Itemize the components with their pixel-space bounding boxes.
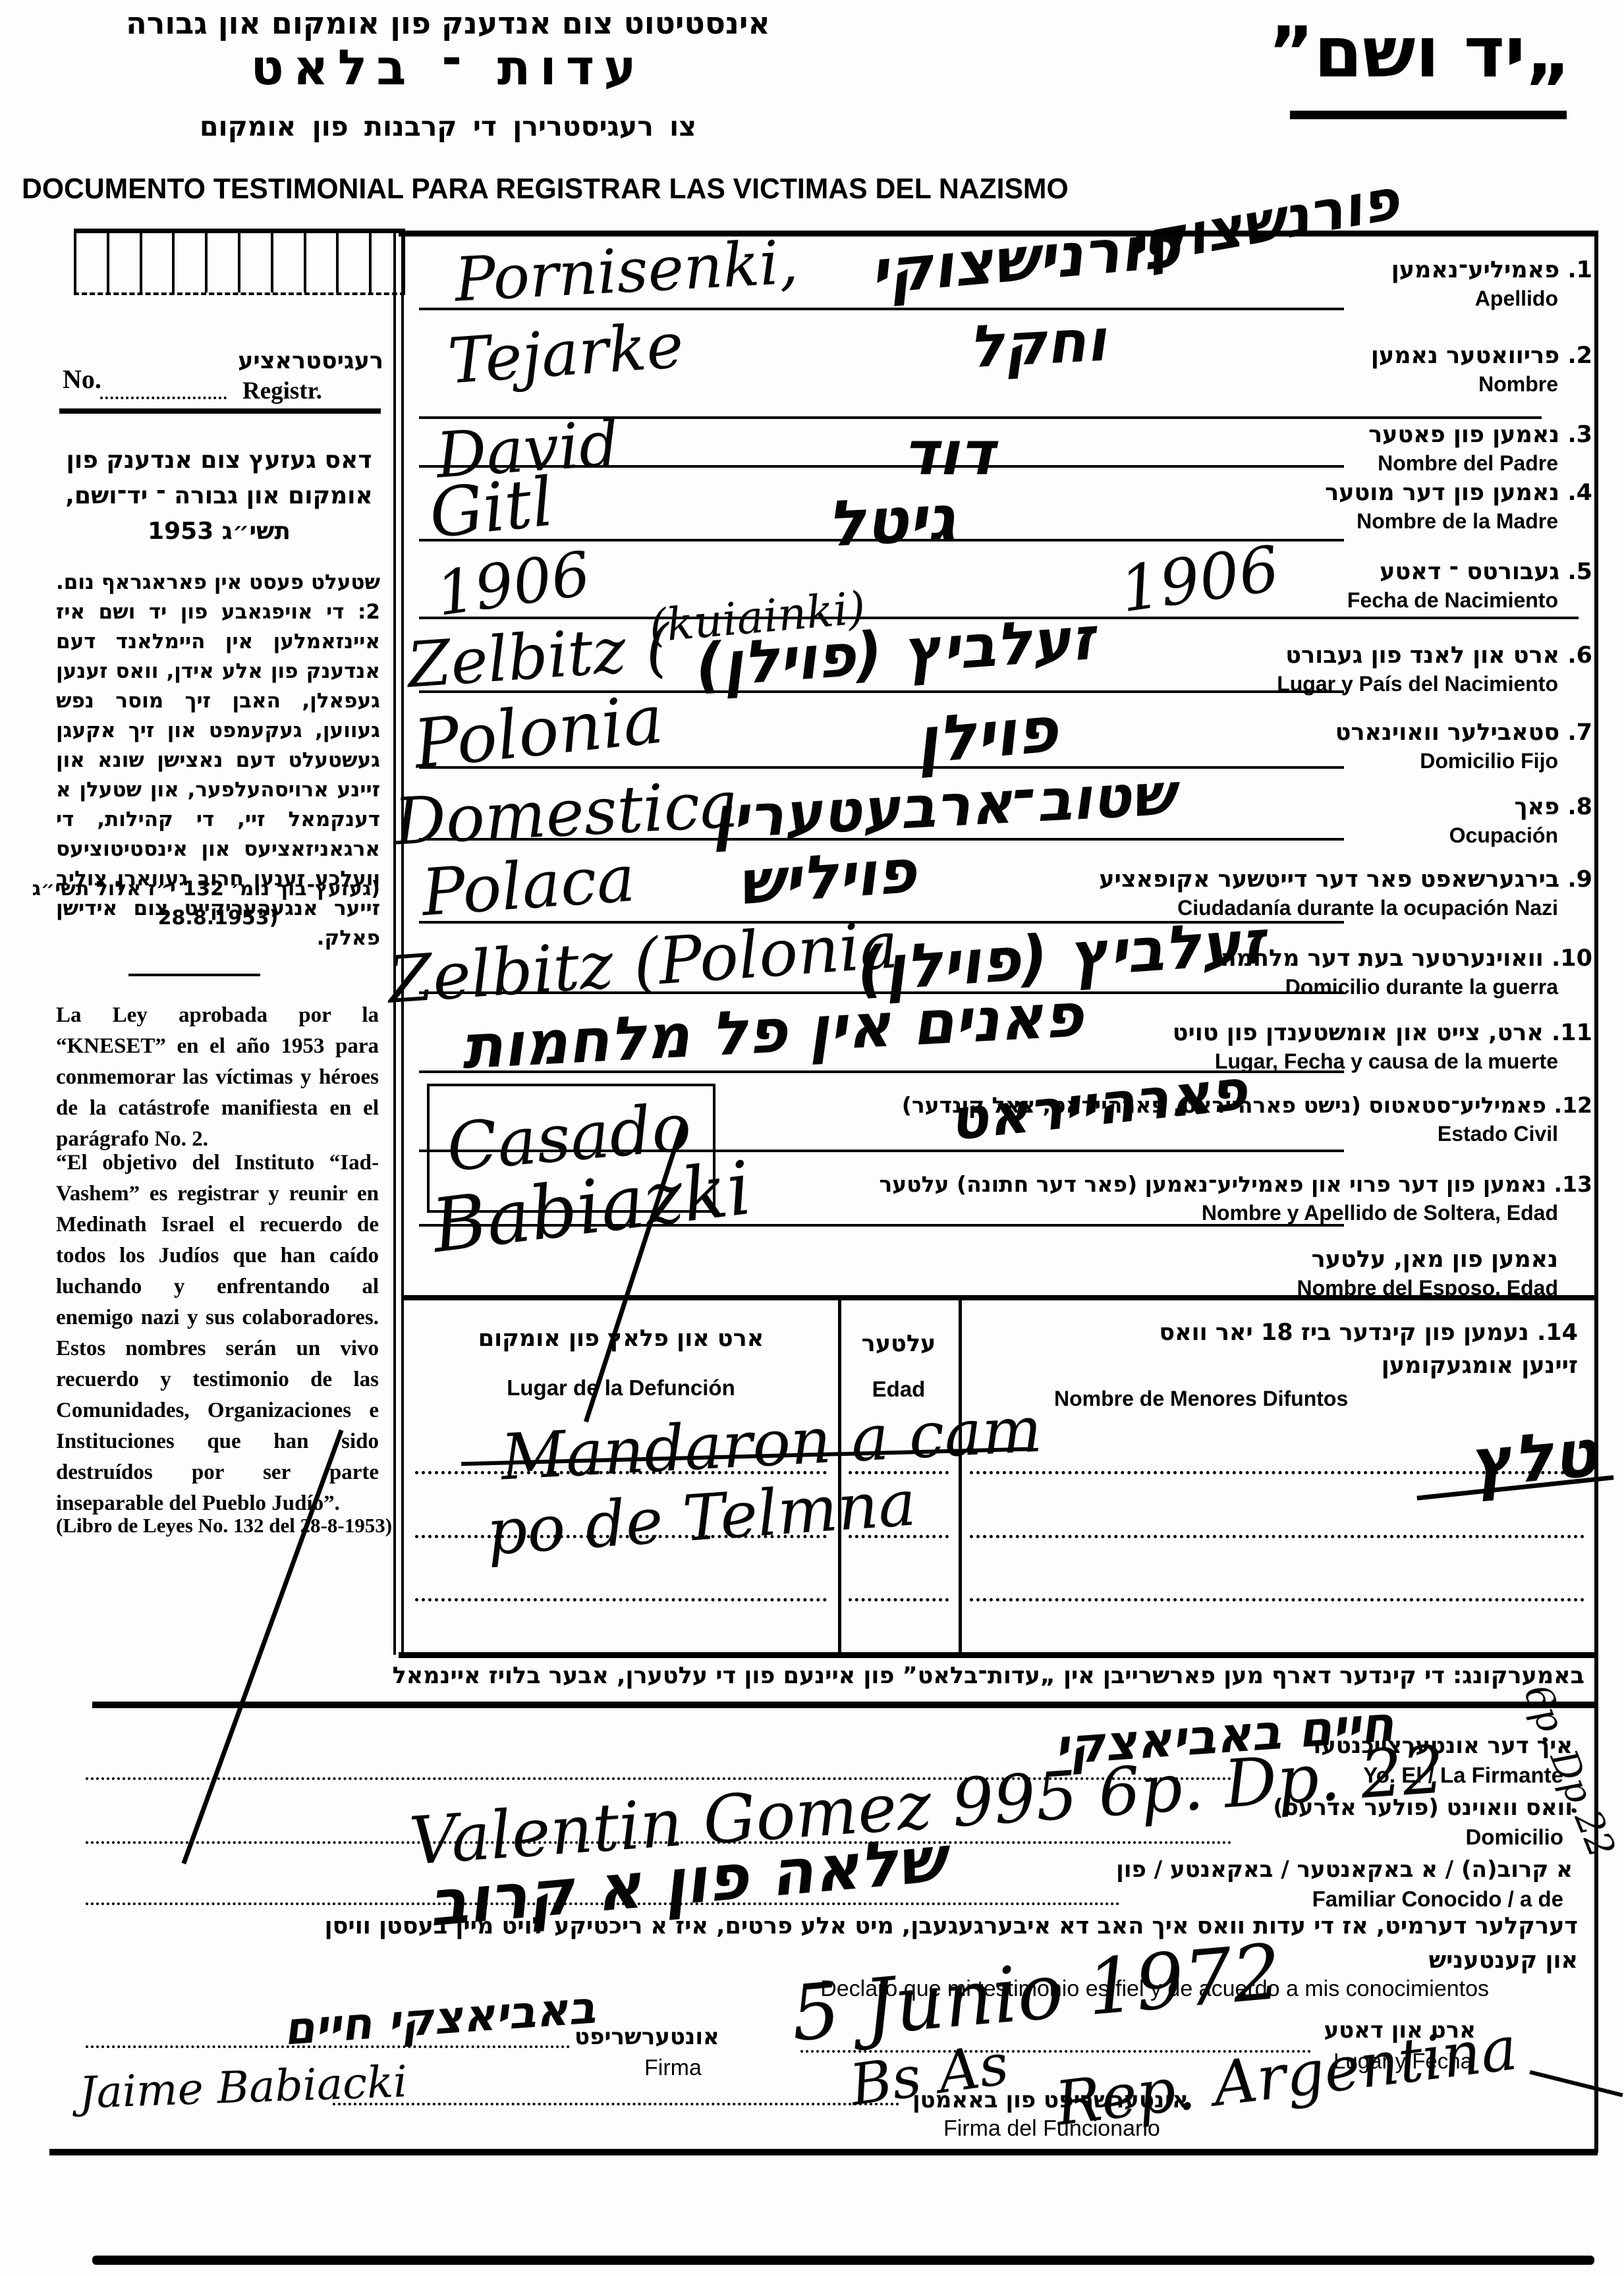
- registration-number-grid: [74, 229, 405, 295]
- field-12-label-es: Estado Civil: [1438, 1122, 1558, 1146]
- field-7-label: 7. סטאבילער וואוינארט: [1335, 719, 1592, 746]
- hw-ciudadania: Polaca: [419, 841, 637, 931]
- bottom-scan-smudge: [92, 2256, 1594, 2265]
- table-edad-header: עלטער: [849, 1331, 949, 1357]
- law-reference: (געזעץ־בוך נומ׳ 132 י״ז אלול תשי״ג (28.8…: [56, 875, 380, 933]
- remark-line: באמערקונג: די קינדער דארף מען פארשרייבן …: [393, 1663, 1584, 1689]
- familiar-label-es: Familiar Conocido / a de: [1312, 1887, 1563, 1912]
- field-1-label-es: Apellido: [1475, 287, 1558, 311]
- field-9-label: 9. בירגערשאפט פאר דער דייטשער אקופאציע: [1099, 866, 1592, 893]
- table-lugar-header-es: Lugar de la Defunción: [415, 1375, 827, 1401]
- hw-domicilio-fijo-he: פוילן: [913, 692, 1061, 778]
- field-8-label-es: Ocupación: [1449, 823, 1558, 848]
- lugar-fecha-label: ארט און דאטע: [1324, 2017, 1476, 2043]
- hw-apellido: Pornisenki,: [453, 227, 800, 315]
- lugar-fecha-label-es: Lugar y Fecha: [1333, 2049, 1472, 2074]
- main-box-right-border: [1594, 231, 1598, 2153]
- hw-signature-latin: Jaime Babiacki: [78, 2056, 408, 2118]
- no-label: No.: [63, 364, 101, 395]
- field-13-label: 13. נאמען פון דער פרוי און פאמיליע־נאמען…: [879, 1171, 1592, 1197]
- bottom-rule: [49, 2149, 1598, 2155]
- hw-fecha-2: 1906: [1116, 533, 1284, 627]
- spanish-paragraph-1: La Ley aprobada por la “KNESET” en el añ…: [56, 1000, 379, 1155]
- table-children-header-es: Nombre de Menores Difuntos: [1054, 1387, 1348, 1411]
- header-yiddish-line1: אינסטיטוט צום אנדענק פון אומקום און גבור…: [59, 5, 837, 41]
- field-2-label: 2. פריוואטער נאמען: [1371, 343, 1592, 369]
- field-6-label: 6. ארט און לאנד פון געבורט: [1285, 642, 1592, 669]
- table-lugar-header: ארט און פלאץ פון אומקום: [415, 1325, 827, 1352]
- hw-fecha-1: 1906: [432, 538, 595, 630]
- table-children-header: 14. נעמען פון קינדער ביז 18 יאר וואס זיי…: [972, 1316, 1578, 1382]
- declaration-he-1: דערקלער דערמיט, אז די עדות וואס איך האב …: [325, 1913, 1578, 1939]
- header-yiddish-line3: צו רעגיסטרירן די קרבנות פון אומקום: [59, 111, 837, 142]
- no-dotted-line: [100, 397, 227, 399]
- funcionario-dotted-line: [333, 2103, 899, 2105]
- field-5-label-es: Fecha de Nacimiento: [1347, 588, 1558, 613]
- scanned-testimony-form: אינסטיטוט צום אנדענק פון אומקום און גבור…: [0, 0, 1624, 2276]
- hw-apellido-he: פורנישצוקי: [867, 211, 1183, 308]
- table-top-border: [403, 1295, 1596, 1300]
- registr-label-es: Registr.: [242, 377, 322, 405]
- familiar-dotted-line: [86, 1902, 1120, 1905]
- field-3-label-es: Nombre del Padre: [1378, 451, 1558, 476]
- hw-signature-he: באביאצקי חיים: [282, 1982, 598, 2056]
- familiar-label: א קרוב(ה) / א באקאנטער / באקאנטע / פון: [1116, 1856, 1573, 1883]
- firma-label-es: Firma: [644, 2055, 702, 2081]
- field-1-label: 1. פאמיליע־נאמען: [1391, 257, 1592, 283]
- table-row-line: [970, 1535, 1584, 1538]
- hw-ciudadania-he: פויליש: [736, 836, 919, 919]
- field-13-label-es: Nombre y Apellido de Soltera, Edad: [1202, 1201, 1558, 1225]
- table-row-line: [415, 1598, 827, 1601]
- field-10-label-es: Domicilio durante la guerra: [1285, 975, 1558, 999]
- table-row-line: [849, 1598, 949, 1601]
- field-4-label-es: Nombre de la Madre: [1357, 509, 1558, 534]
- yad-vashem-logo: „יד ושם”: [1288, 12, 1571, 93]
- field-4-label: 4. נאמען פון דער מוטער: [1325, 480, 1592, 506]
- lugar-dotted-line: [800, 2050, 1311, 2053]
- table-divider-2: [959, 1300, 962, 1655]
- field-5-label: 5. געבורטס ־ דאטע: [1380, 559, 1592, 585]
- domicilio-dotted-line: [86, 1841, 1232, 1844]
- funcionario-label-es: Firma del Funcionario: [943, 2116, 1160, 2142]
- pen-stroke: [1529, 2070, 1623, 2097]
- sidebar-divider: [59, 408, 381, 414]
- field-7-label-es: Domicilio Fijo: [1420, 749, 1558, 773]
- domicilio-label-es: Domicilio: [1465, 1825, 1563, 1850]
- firma-label: אונטערשריפט: [574, 2024, 719, 2050]
- field-11-label: 11. ארט, צייט און אומשטענדן פון טויט: [1173, 1020, 1592, 1046]
- esposo-label: נאמען פון מאן, עלטער: [1312, 1246, 1558, 1273]
- hw-date: 5 Junio 1972: [788, 1928, 1285, 2059]
- hw-madre-he: גיטל: [825, 481, 957, 561]
- firma-dotted-line: [86, 2045, 570, 2048]
- header-edut-blat: עדות ־ בלאט: [59, 40, 837, 96]
- sidebar-short-divider: [128, 974, 260, 976]
- hw-madre: Gitl: [426, 463, 557, 554]
- declaration-he-2: און קענטעניש: [1429, 1947, 1578, 1974]
- table-row-line: [970, 1598, 1584, 1601]
- logo-underline: [1290, 111, 1567, 119]
- hw-nombre: Tejarke: [446, 310, 686, 399]
- field-10-label: 10. וואוינערטער בעת דער מלחמה: [1221, 945, 1592, 972]
- hw-nombre-he: וחקל: [966, 306, 1107, 381]
- table-bottom-border: [399, 1652, 1598, 1658]
- hw-padre-he: דוד: [903, 418, 995, 489]
- domicilio-label: וואס וואוינט (פולער אדרעס): [1273, 1794, 1573, 1821]
- registr-label-he: רעגיסטראציע: [232, 348, 383, 374]
- law-title: דאס געזעץ צום אנדענק פון אומקום און גבור…: [56, 443, 382, 549]
- spanish-reference: (Libro de Leyes No. 132 del 28-8-1953): [56, 1514, 392, 1538]
- field-8-label: 8. פאך: [1514, 794, 1592, 820]
- field-2-label-es: Nombre: [1478, 372, 1558, 397]
- document-title: DOCUMENTO TESTIMONIAL PARA REGISTRAR LAS…: [22, 173, 1069, 206]
- funcionario-label: אונטערשריפט פון באאמטן: [912, 2087, 1189, 2113]
- field-3-label: 3. נאמען פון פאטער: [1368, 422, 1592, 448]
